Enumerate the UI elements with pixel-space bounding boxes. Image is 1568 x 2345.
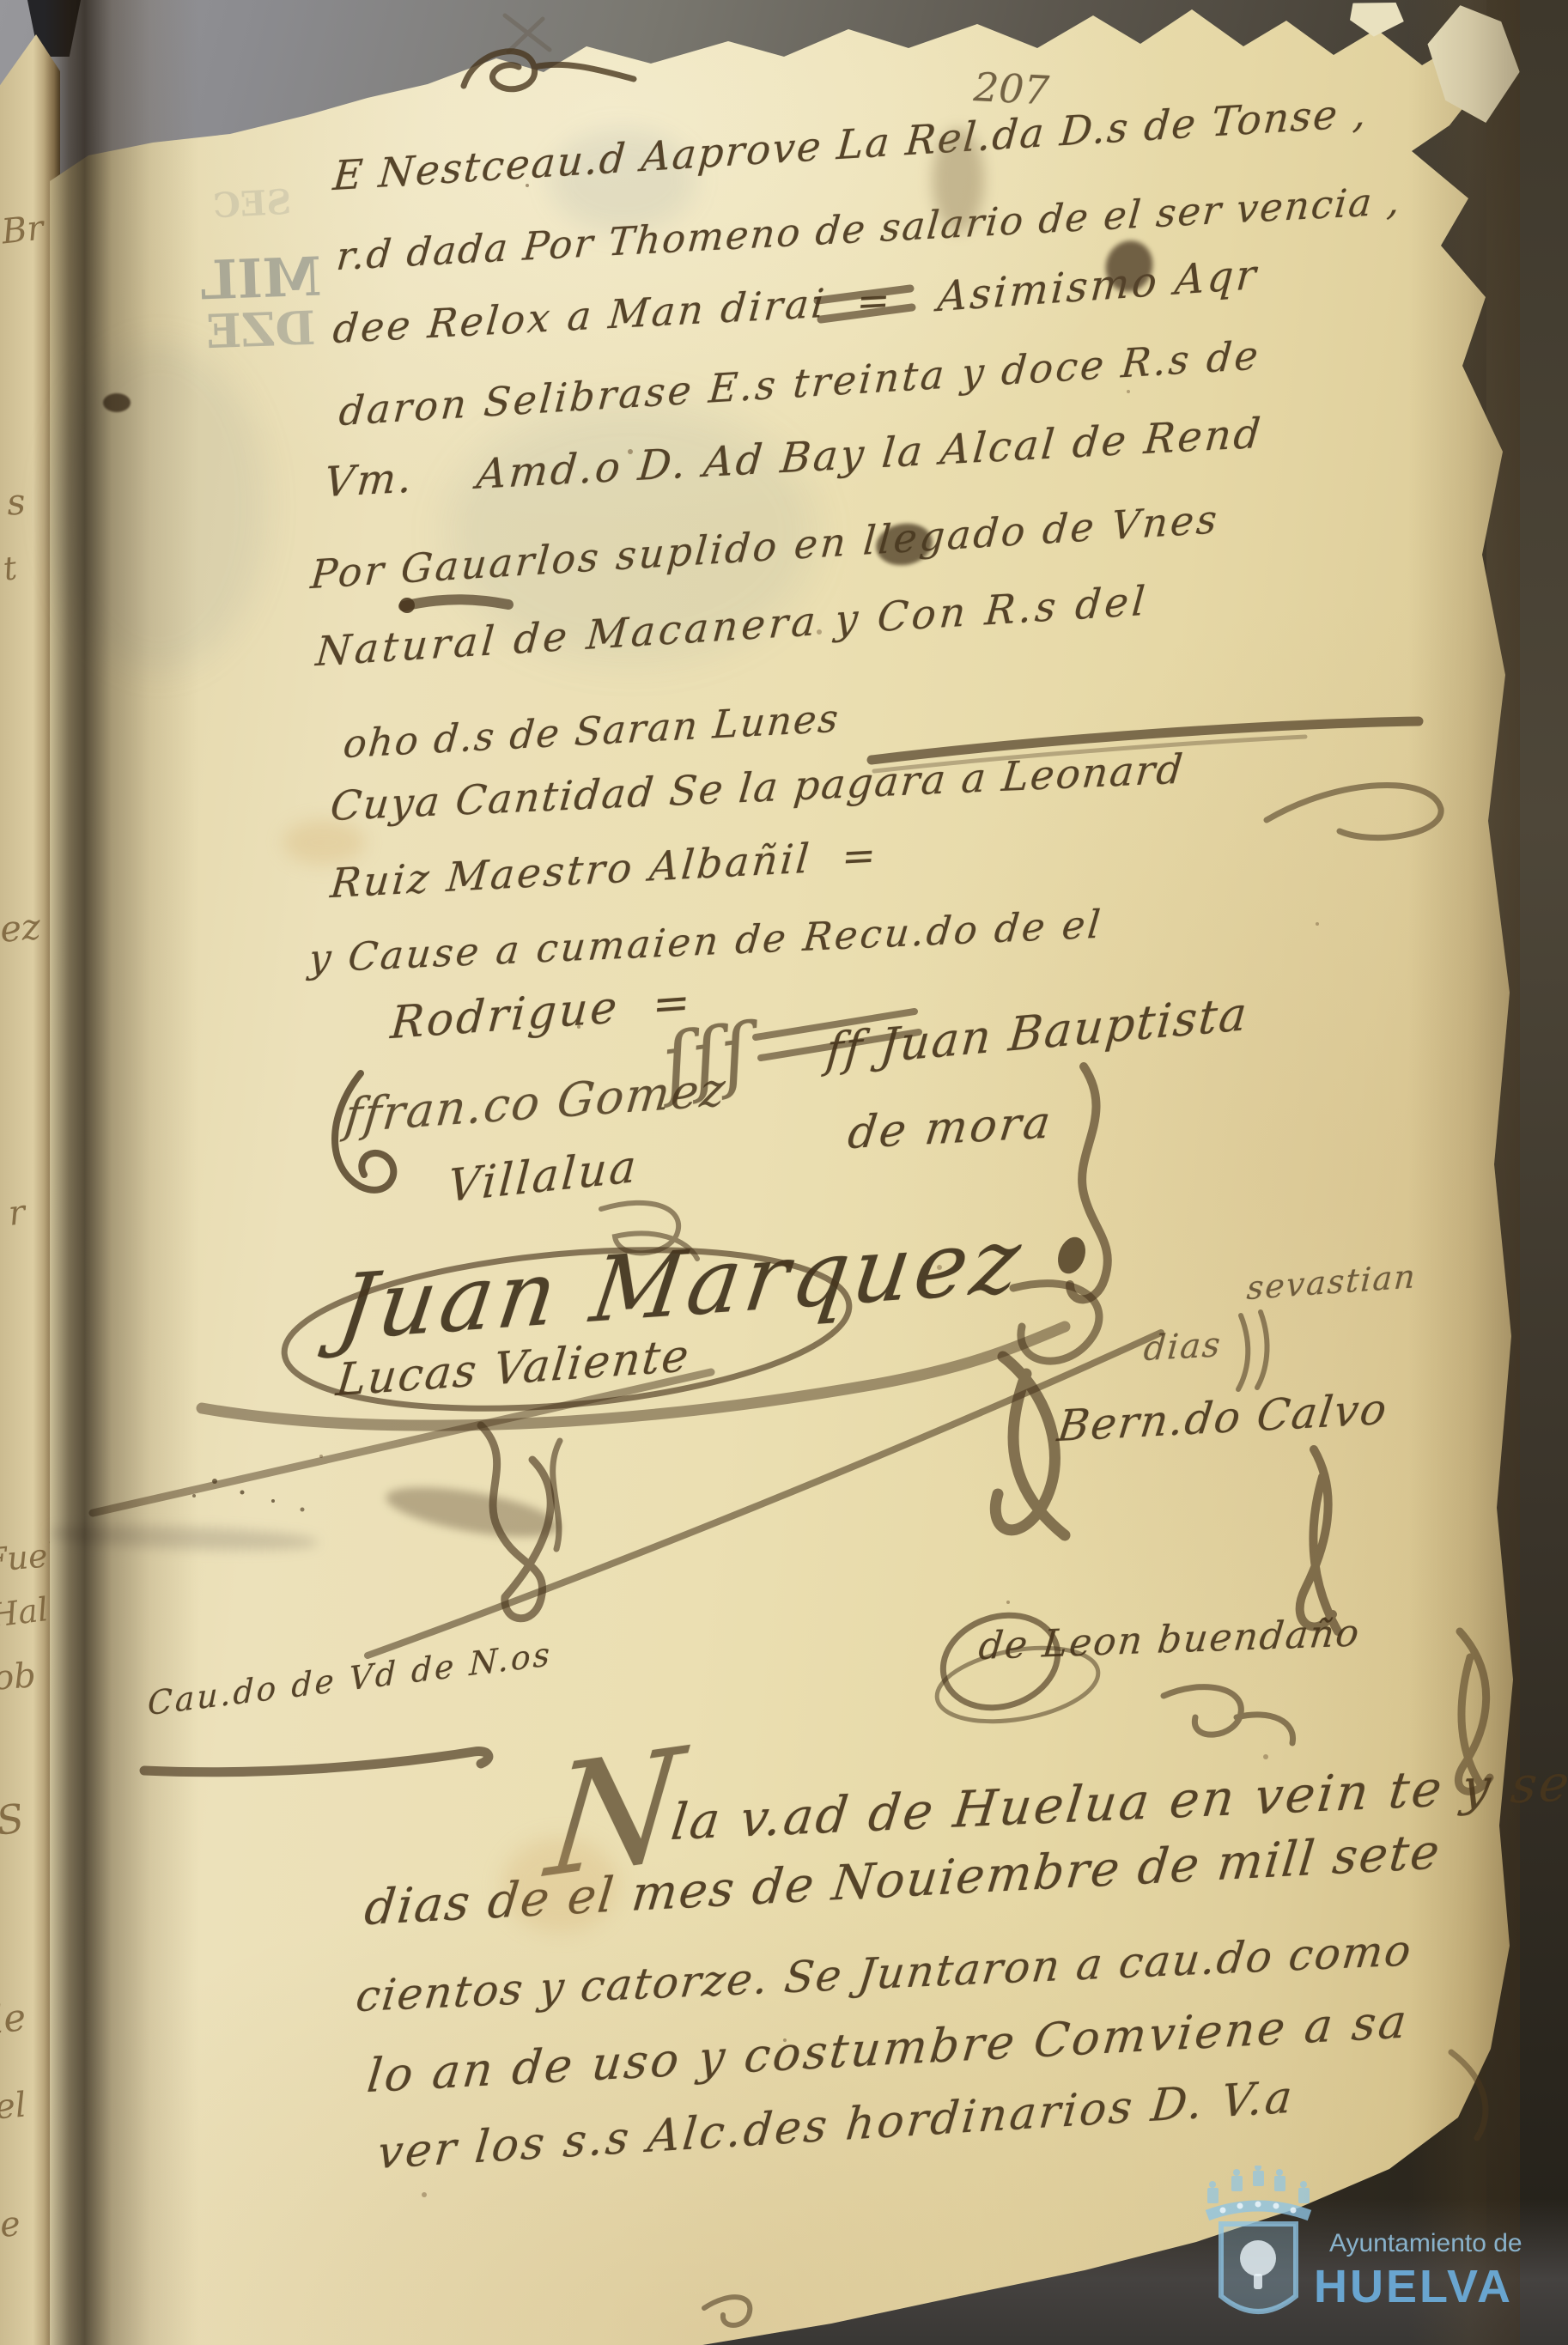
spine-fragment: le [0,1996,28,2043]
spine-fragment: Hal [0,1590,50,1635]
spine-fragment: ez [0,905,42,951]
watermark-org-text: Ayuntamiento de [1329,2229,1522,2258]
torn-paper-shard [1347,0,1405,39]
signature-bauptista-last: de mora [845,1097,1055,1159]
spine-fragment: r [7,1193,27,1234]
signature-sebastian-last: dias [1142,1325,1224,1369]
spine-fragment: S [0,1795,27,1844]
spine-fragment: ob [0,1655,37,1698]
manuscript-scan: Br s t ez r Fuel Hal ob S le el e SEC MI… [0,0,1568,2345]
bleedthrough-stamp-line: SEC [212,182,293,227]
page-number: 207 [973,64,1051,114]
spine-fragment: e [0,2204,22,2245]
bleedthrough-stamp-line: DZE [205,301,317,359]
spine-fragment: el [0,2085,27,2127]
spine-fragment: s [5,480,27,523]
foxing-dots [526,184,529,187]
watermark-city-text: HUELVA [1314,2260,1513,2313]
huelva-crest-logo [1200,2166,1316,2342]
spine-fragment: t [1,549,19,588]
spine-fragment: Br [0,209,46,252]
